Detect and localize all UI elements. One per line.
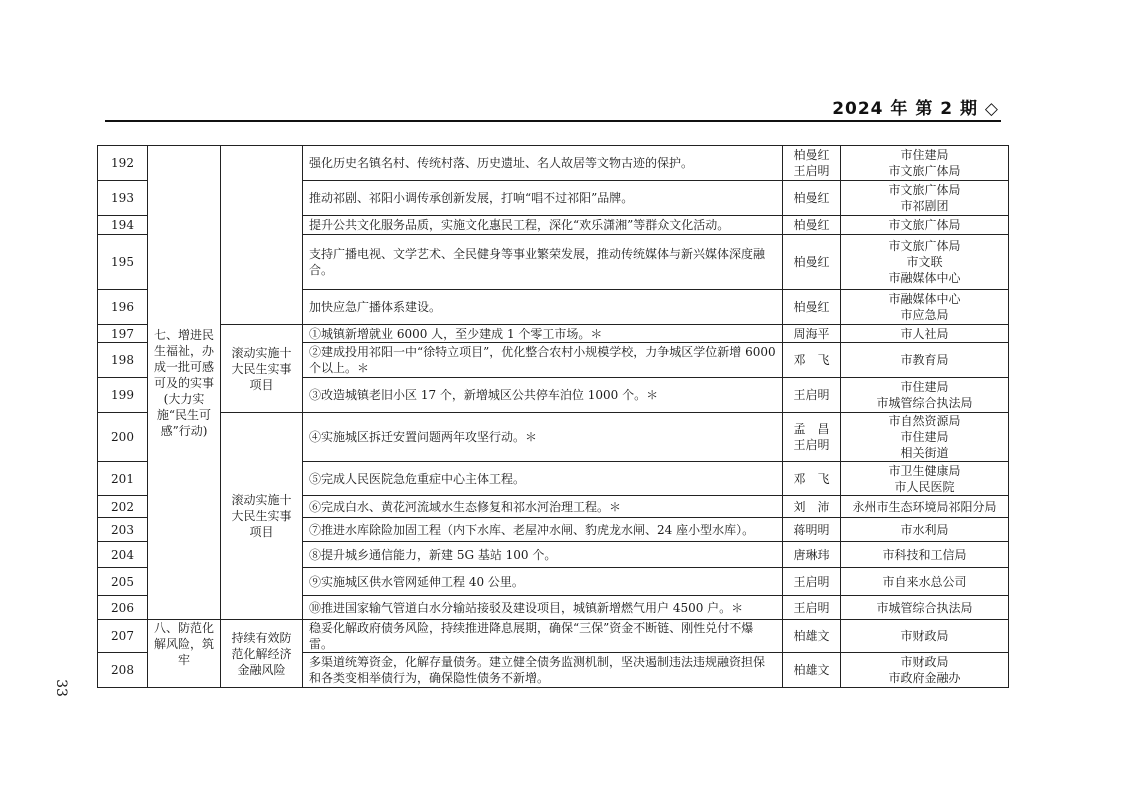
responsible-leaders: 柏曼红 [783,235,841,290]
leader-name: 王启明 [789,600,834,616]
task-description: 支持广播电视、文学艺术、全民健身等事业繁荣发展，推动传统媒体与新兴媒体深度融合。 [303,235,783,290]
department-name: 市文旅广体局 [847,163,1002,179]
responsible-departments: 市财政局 [841,620,1009,653]
responsible-leaders: 柏曼红 [783,216,841,235]
responsible-departments: 市人社局 [841,325,1009,343]
department-name: 市融媒体中心 [847,291,1002,307]
leader-name: 孟 昌 [789,421,834,437]
task-description: ①城镇新增就业 6000 人，至少建成 1 个零工市场。＊ [303,325,783,343]
row-number: 208 [98,653,148,688]
row-number: 199 [98,378,148,413]
task-description: 多渠道统筹资金，化解存量债务。建立健全债务监测机制，坚决遏制违法违规融资担保和各… [303,653,783,688]
category-cell: 七、增进民生福祉，办成一批可感可及的实事(大力实施“民生可感”行动) [148,146,221,620]
responsible-departments: 市卫生健康局市人民医院 [841,462,1009,496]
task-description: 加快应急广播体系建设。 [303,290,783,325]
department-name: 市人民医院 [847,479,1002,495]
responsible-leaders: 唐琳玮 [783,542,841,568]
leader-name: 柏雄文 [789,628,834,644]
leader-name: 柏雄文 [789,662,834,678]
task-description: ⑧提升城乡通信能力，新建 5G 基站 100 个。 [303,542,783,568]
category-cell: 八、防范化解风险，筑牢 [148,620,221,688]
issue-title: 2024 年 第 2 期 ◇ [832,94,999,119]
responsible-leaders: 孟 昌王启明 [783,413,841,462]
responsible-departments: 市住建局市城管综合执法局 [841,378,1009,413]
leader-name: 柏曼红 [789,217,834,233]
department-name: 市文旅广体局 [847,238,1002,254]
department-name: 市祁剧团 [847,198,1002,214]
responsible-leaders: 柏雄文 [783,620,841,653]
leader-name: 王启明 [789,387,834,403]
row-number: 197 [98,325,148,343]
table-row: 207八、防范化解风险，筑牢持续有效防范化解经济金融风险稳妥化解政府债务风险，持… [98,620,1009,653]
department-name: 市教育局 [847,352,1002,368]
department-name: 市政府金融办 [847,670,1002,686]
responsible-departments: 市住建局市文旅广体局 [841,146,1009,181]
task-description: 推动祁剧、祁阳小调传承创新发展，打响“唱不过祁阳”品牌。 [303,181,783,216]
department-name: 永州市生态环境局祁阳分局 [847,499,1002,515]
department-name: 市卫生健康局 [847,463,1002,479]
responsible-departments: 市文旅广体局 [841,216,1009,235]
page-number: 33 [53,679,69,697]
responsible-departments: 市融媒体中心市应急局 [841,290,1009,325]
task-description: ⑦推进水库除险加固工程（内下水库、老屋冲水闸、豹虎龙水闸、24 座小型水库）。 [303,518,783,542]
department-name: 市住建局 [847,379,1002,395]
task-description: 强化历史名镇名村、传统村落、历史遗址、名人故居等文物古迹的保护。 [303,146,783,181]
department-name: 市财政局 [847,628,1002,644]
department-name: 市融媒体中心 [847,270,1002,286]
leader-name: 柏曼红 [789,190,834,206]
task-table: 192七、增进民生福祉，办成一批可感可及的实事(大力实施“民生可感”行动)强化历… [97,145,1009,688]
task-description: ⑨实施城区供水管网延伸工程 40 公里。 [303,568,783,596]
responsible-leaders: 柏曼红 [783,181,841,216]
table-row: 197滚动实施十大民生实事项目①城镇新增就业 6000 人，至少建成 1 个零工… [98,325,1009,343]
department-name: 市应急局 [847,307,1002,323]
leader-name: 蒋明明 [789,522,834,538]
task-description: ⑩推进国家输气管道白水分输站接驳及建设项目，城镇新增燃气用户 4500 户。＊ [303,596,783,620]
subcategory-cell [221,146,303,325]
department-name: 市文联 [847,254,1002,270]
table-row: 192七、增进民生福祉，办成一批可感可及的实事(大力实施“民生可感”行动)强化历… [98,146,1009,181]
row-number: 200 [98,413,148,462]
row-number: 206 [98,596,148,620]
task-description: ③改造城镇老旧小区 17 个，新增城区公共停车泊位 1000 个。＊ [303,378,783,413]
department-name: 市自然资源局 [847,413,1002,429]
task-description: ②建成投用祁阳一中“徐特立项目”，优化整合农村小规模学校，力争城区学位新增 60… [303,343,783,378]
responsible-leaders: 周海平 [783,325,841,343]
responsible-departments: 市教育局 [841,343,1009,378]
department-name: 市科技和工信局 [847,547,1002,563]
responsible-leaders: 王启明 [783,596,841,620]
responsible-leaders: 王启明 [783,378,841,413]
leader-name: 王启明 [789,574,834,590]
leader-name: 邓 飞 [789,352,834,368]
row-number: 207 [98,620,148,653]
responsible-leaders: 邓 飞 [783,343,841,378]
task-description: 稳妥化解政府债务风险，持续推进降息展期，确保“三保”资金不断链、刚性兑付不爆雷。 [303,620,783,653]
responsible-departments: 永州市生态环境局祁阳分局 [841,496,1009,518]
row-number: 194 [98,216,148,235]
subcategory-cell: 滚动实施十大民生实事项目 [221,413,303,620]
subcategory-cell: 滚动实施十大民生实事项目 [221,325,303,413]
department-name: 市城管综合执法局 [847,600,1002,616]
responsible-departments: 市自然资源局市住建局相关街道 [841,413,1009,462]
row-number: 195 [98,235,148,290]
row-number: 198 [98,343,148,378]
leader-name: 唐琳玮 [789,547,834,563]
department-name: 市财政局 [847,654,1002,670]
department-name: 市住建局 [847,147,1002,163]
task-description: 提升公共文化服务品质，实施文化惠民工程，深化“欢乐潇湘”等群众文化活动。 [303,216,783,235]
row-number: 204 [98,542,148,568]
department-name: 市住建局 [847,429,1002,445]
leader-name: 柏曼红 [789,299,834,315]
leader-name: 刘 沛 [789,499,834,515]
leader-name: 柏曼红 [789,147,834,163]
department-name: 市文旅广体局 [847,182,1002,198]
table-row: 200滚动实施十大民生实事项目④实施城区拆迁安置问题两年攻坚行动。＊孟 昌王启明… [98,413,1009,462]
department-name: 市自来水总公司 [847,574,1002,590]
row-number: 196 [98,290,148,325]
responsible-departments: 市财政局市政府金融办 [841,653,1009,688]
responsible-leaders: 王启明 [783,568,841,596]
leader-name: 王启明 [789,437,834,453]
responsible-departments: 市文旅广体局市祁剧团 [841,181,1009,216]
task-description: ⑥完成白水、黄花河流域水生态修复和祁水河治理工程。＊ [303,496,783,518]
page-header: 2024 年 第 2 期 ◇ [105,92,1001,122]
responsible-departments: 市水利局 [841,518,1009,542]
responsible-leaders: 柏曼红 [783,290,841,325]
task-description: ④实施城区拆迁安置问题两年攻坚行动。＊ [303,413,783,462]
row-number: 205 [98,568,148,596]
responsible-leaders: 蒋明明 [783,518,841,542]
responsible-departments: 市城管综合执法局 [841,596,1009,620]
responsible-departments: 市自来水总公司 [841,568,1009,596]
task-description: ⑤完成人民医院急危重症中心主体工程。 [303,462,783,496]
leader-name: 王启明 [789,163,834,179]
leader-name: 邓 飞 [789,471,834,487]
responsible-leaders: 柏曼红王启明 [783,146,841,181]
department-name: 市文旅广体局 [847,217,1002,233]
row-number: 193 [98,181,148,216]
responsible-leaders: 刘 沛 [783,496,841,518]
leader-name: 柏曼红 [789,254,834,270]
department-name: 市人社局 [847,326,1002,342]
row-number: 203 [98,518,148,542]
subcategory-cell: 持续有效防范化解经济金融风险 [221,620,303,688]
row-number: 201 [98,462,148,496]
department-name: 市城管综合执法局 [847,395,1002,411]
row-number: 202 [98,496,148,518]
department-name: 相关街道 [847,445,1002,461]
row-number: 192 [98,146,148,181]
department-name: 市水利局 [847,522,1002,538]
responsible-leaders: 邓 飞 [783,462,841,496]
responsible-departments: 市科技和工信局 [841,542,1009,568]
leader-name: 周海平 [789,326,834,342]
responsible-leaders: 柏雄文 [783,653,841,688]
responsible-departments: 市文旅广体局市文联市融媒体中心 [841,235,1009,290]
